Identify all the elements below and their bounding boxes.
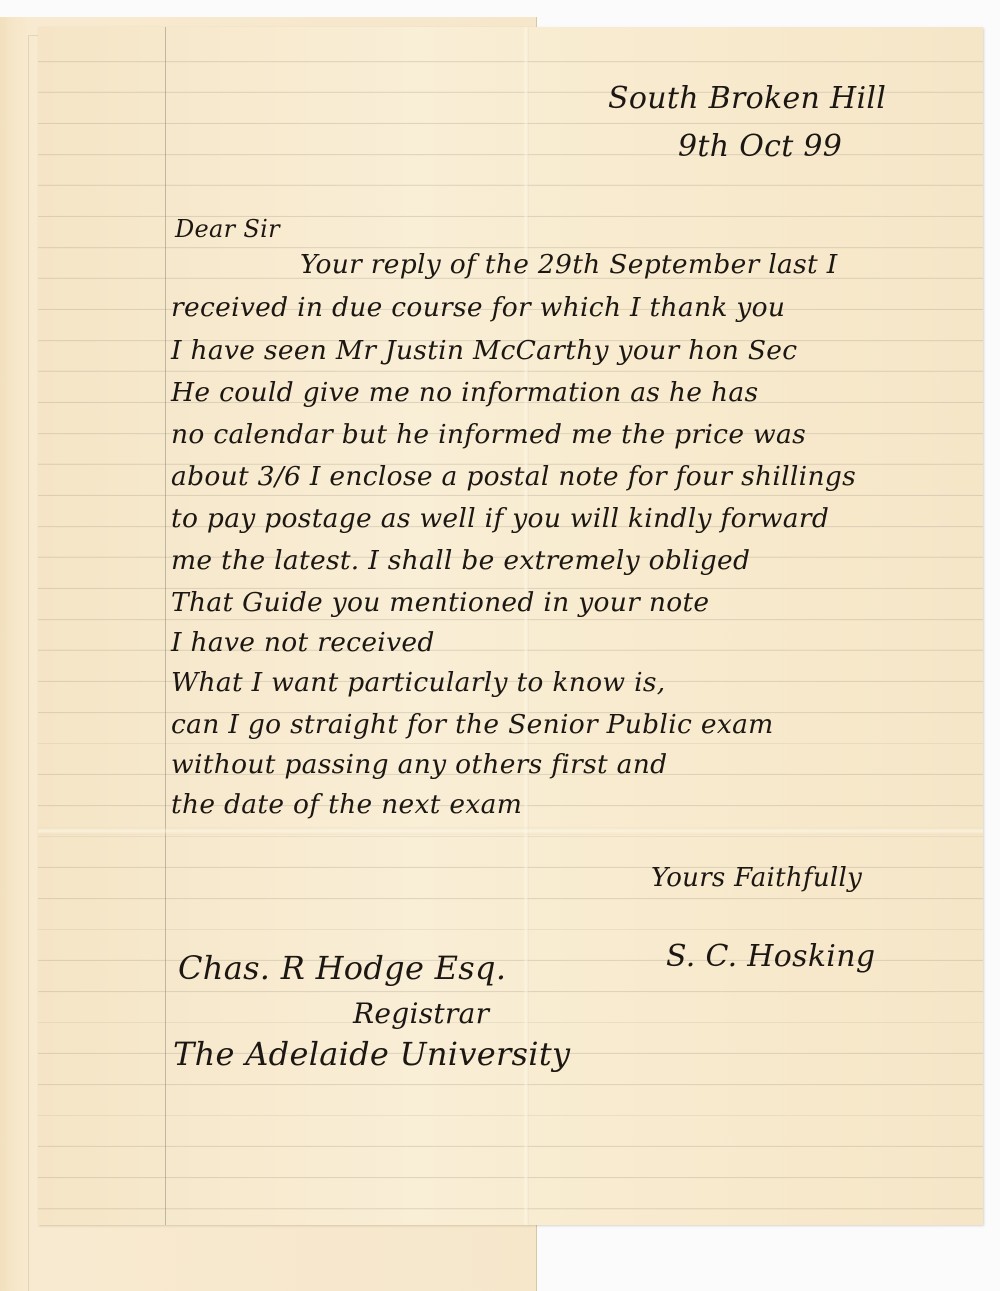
body-line: no calendar but he informed me the price… (171, 419, 806, 450)
body-line: me the latest. I shall be extremely obli… (171, 545, 750, 576)
closing: Yours Faithfully (651, 863, 862, 893)
signature: S. C. Hosking (666, 939, 875, 974)
letter-place: South Broken Hill (608, 81, 886, 116)
addressee-institution: The Adelaide University (173, 1035, 570, 1073)
body-line: the date of the next exam (171, 789, 522, 820)
body-line: can I go straight for the Senior Public … (171, 709, 774, 740)
body-line: received in due course for which I thank… (171, 292, 785, 323)
body-line: I have not received (171, 627, 435, 658)
body-line: He could give me no information as he ha… (171, 377, 758, 408)
letter-page: South Broken Hill 9th Oct 99 Dear Sir Yo… (38, 27, 983, 1225)
horizontal-fold (38, 827, 983, 835)
body-line: Your reply of the 29th September last I (300, 249, 837, 280)
body-line: What I want particularly to know is, (171, 667, 665, 698)
body-line: without passing any others first and (171, 749, 667, 780)
addressee-name: Chas. R Hodge Esq. (178, 949, 506, 987)
salutation: Dear Sir (175, 215, 280, 243)
body-line: That Guide you mentioned in your note (171, 587, 709, 618)
body-line: about 3/6 I enclose a postal note for fo… (171, 461, 856, 492)
body-line: to pay postage as well if you will kindl… (171, 503, 829, 534)
letter-date: 9th Oct 99 (678, 129, 842, 164)
body-line: I have seen Mr Justin McCarthy your hon … (171, 335, 797, 366)
margin-line (165, 27, 166, 1225)
addressee-title: Registrar (353, 997, 489, 1030)
